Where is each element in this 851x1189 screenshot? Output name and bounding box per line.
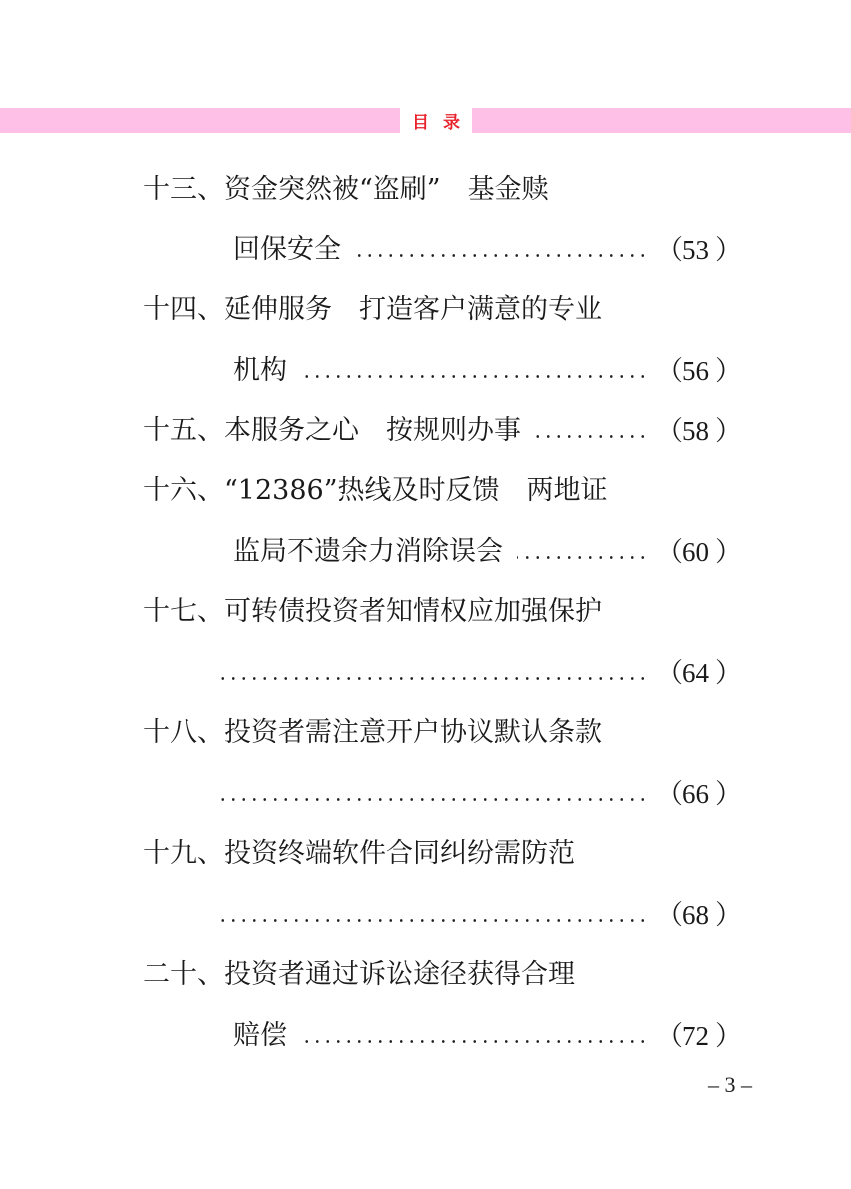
toc-page-ref: （56） — [656, 351, 735, 391]
toc-page-ref: （66） — [656, 774, 735, 814]
toc-page-number: 53 — [676, 230, 715, 270]
toc-page-ref: （68） — [656, 895, 735, 935]
toc-page-number: 68 — [676, 895, 715, 935]
toc-entry-text: 机构 — [233, 351, 287, 391]
toc-title-char: 目 — [412, 108, 429, 133]
toc-entry-16-continuation[interactable]: 监局不遗余力消除误会 （60） — [233, 532, 735, 572]
toc-page-number: 66 — [676, 774, 715, 814]
page-number: – 3 – — [680, 1072, 780, 1098]
toc-entry-14-continuation[interactable]: 机构 （56） — [233, 351, 735, 391]
toc-page-ref: （53） — [656, 230, 735, 270]
toc-page-ref: （58） — [656, 411, 735, 451]
toc-page-number: 72 — [676, 1016, 715, 1056]
toc-page-number: 58 — [676, 411, 715, 451]
toc-entry-16-title[interactable]: 十六、“12386”热线及时反馈 两地证 — [143, 471, 608, 511]
toc-entry-15[interactable]: 十五、本服务之心 按规则办事 （58） — [143, 411, 735, 451]
dot-leader — [218, 919, 648, 922]
toc-page-ref: （64） — [656, 653, 735, 693]
toc-entry-19-leader[interactable]: （68） — [218, 895, 735, 935]
toc-entry-text: 回保安全 — [233, 230, 341, 270]
toc-page-number: 64 — [676, 653, 715, 693]
dot-leader — [301, 1040, 648, 1043]
toc-entry-20-title[interactable]: 二十、投资者通过诉讼途径获得合理 — [143, 955, 575, 995]
toc-header-band: 目 录 — [0, 108, 851, 133]
toc-entry-14-title[interactable]: 十四、延伸服务 打造客户满意的专业 — [143, 290, 602, 330]
dot-leader — [218, 677, 648, 680]
dot-leader — [355, 254, 648, 257]
toc-entry-text: 监局不遗余力消除误会 — [233, 532, 503, 572]
toc-page-number: 56 — [676, 351, 715, 391]
toc-entry-17-title[interactable]: 十七、可转债投资者知情权应加强保护 — [143, 592, 602, 632]
dot-leader — [535, 435, 648, 438]
dot-leader — [301, 375, 648, 378]
toc-page-ref: （60） — [656, 532, 735, 572]
toc-entry-13-title[interactable]: 十三、资金突然被“盗刷” 基金赎 — [143, 170, 549, 210]
dot-leader — [218, 798, 648, 801]
toc-entry-text: 十五、本服务之心 按规则办事 — [143, 411, 521, 451]
toc-title-char: 录 — [443, 108, 460, 133]
toc-entry-18-title[interactable]: 十八、投资者需注意开户协议默认条款 — [143, 713, 602, 753]
toc-entry-19-title[interactable]: 十九、投资终端软件合同纠纷需防范 — [143, 834, 575, 874]
toc-entry-17-leader[interactable]: （64） — [218, 653, 735, 693]
toc-entry-13-continuation[interactable]: 回保安全 （53） — [233, 230, 735, 270]
toc-entry-18-leader[interactable]: （66） — [218, 774, 735, 814]
header-band-right — [472, 108, 851, 133]
toc-entry-20-continuation[interactable]: 赔偿 （72） — [233, 1016, 735, 1056]
dot-leader — [517, 556, 648, 559]
toc-title: 目 录 — [400, 108, 472, 133]
toc-page-number: 60 — [676, 532, 715, 572]
toc-entry-text: 赔偿 — [233, 1016, 287, 1056]
header-band-left — [0, 108, 400, 133]
toc-page-ref: （72） — [656, 1016, 735, 1056]
